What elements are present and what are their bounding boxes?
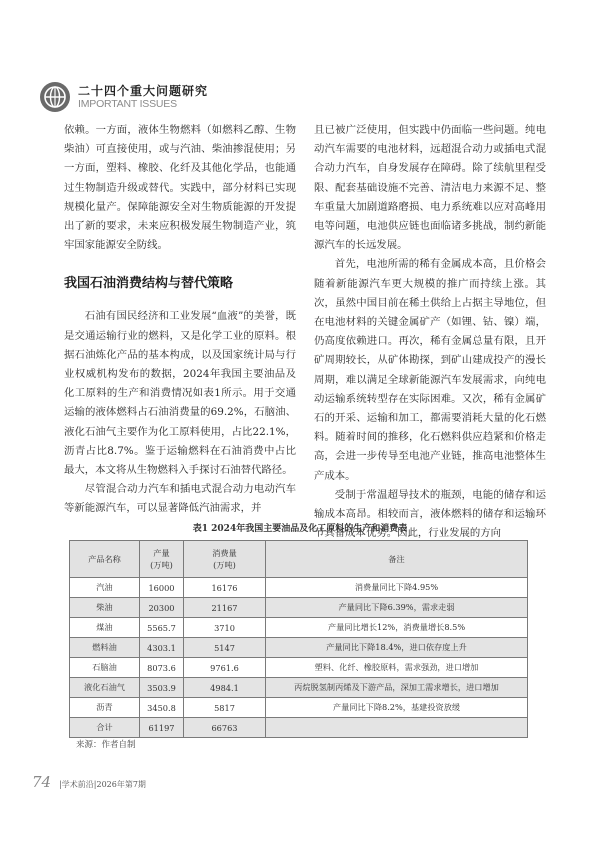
data-table: 产品名称 产量 (万吨) 消费量 (万吨) 备注 汽油 16000 16176 …: [69, 540, 528, 738]
cell-consumption: 16176: [184, 578, 266, 598]
header-line: (万吨): [184, 559, 265, 571]
paragraph: 石油有国民经济和工业发展“血液”的美誉，既是交通运输行业的燃料，又是化学工业的原…: [64, 307, 296, 480]
cell-consumption: 21167: [184, 598, 266, 618]
cell-consumption: 4984.1: [184, 678, 266, 698]
table-total-row: 合计 61197 66763: [70, 718, 528, 738]
cell-production: 16000: [140, 578, 184, 598]
cell-name: 石脑油: [70, 658, 140, 678]
cell-consumption: 66763: [184, 718, 266, 738]
table-row: 汽油 16000 16176 消费量同比下降4.95%: [70, 578, 528, 598]
cell-consumption: 5817: [184, 698, 266, 718]
cell-production: 61197: [140, 718, 184, 738]
cell-name: 合计: [70, 718, 140, 738]
cell-production: 5565.7: [140, 618, 184, 638]
cell-note: 丙烷脱氢制丙烯及下游产品，深加工需求增长，进口增加: [266, 678, 528, 698]
cell-production: 3503.9: [140, 678, 184, 698]
page-footer: 74 |学术前沿|2026年第7期: [32, 773, 146, 791]
paragraph: 依赖。一方面，液体生物燃料（如燃料乙醇、生物柴油）可直接使用，或与汽油、柴油掺混…: [64, 121, 296, 255]
col-header-note: 备注: [266, 541, 528, 578]
paragraph: 受制于常温超导技术的瓶颈，电能的储存和运输成本高昂。相较而言，液体燃料的储存和运…: [314, 486, 546, 544]
right-column: 且已被广泛使用，但实践中仍面临一些问题。纯电动汽车需要的电池材料，远超混合动力或…: [314, 121, 546, 543]
cell-note: 产量同比增长12%，消费量增长8.5%: [266, 618, 528, 638]
page-number: 74: [32, 773, 51, 791]
table-row: 煤油 5565.7 3710 产量同比增长12%，消费量增长8.5%: [70, 618, 528, 638]
cell-name: 液化石油气: [70, 678, 140, 698]
col-header-consumption: 消费量 (万吨): [184, 541, 266, 578]
table-row: 液化石油气 3503.9 4984.1 丙烷脱氢制丙烯及下游产品，深加工需求增长…: [70, 678, 528, 698]
header-line: (万吨): [140, 559, 183, 571]
table-row: 燃料油 4303.1 5147 产量同比下降18.4%，进口依存度上升: [70, 638, 528, 658]
cell-consumption: 9761.6: [184, 658, 266, 678]
col-header-production: 产量 (万吨): [140, 541, 184, 578]
cell-note: 产量同比下降8.2%，基建投资放缓: [266, 698, 528, 718]
cell-note: 塑料、化纤、橡胶原料，需求强劲，进口增加: [266, 658, 528, 678]
cell-production: 3450.8: [140, 698, 184, 718]
cell-name: 沥青: [70, 698, 140, 718]
globe-icon: [40, 82, 70, 112]
section-title-cn: 二十四个重大问题研究: [78, 84, 208, 98]
cell-consumption: 5147: [184, 638, 266, 658]
cell-note: 消费量同比下降4.95%: [266, 578, 528, 598]
journal-info: |学术前沿|2026年第7期: [59, 779, 146, 790]
cell-production: 4303.1: [140, 638, 184, 658]
cell-name: 柴油: [70, 598, 140, 618]
table-row: 沥青 3450.8 5817 产量同比下降8.2%，基建投资放缓: [70, 698, 528, 718]
header-line: 消费量: [184, 547, 265, 559]
cell-production: 20300: [140, 598, 184, 618]
table-source: 来源：作者自制: [76, 738, 136, 750]
header-line: 产量: [140, 547, 183, 559]
table-row: 柴油 20300 21167 产量同比下降6.39%，需求走弱: [70, 598, 528, 618]
cell-name: 汽油: [70, 578, 140, 598]
table-header-row: 产品名称 产量 (万吨) 消费量 (万吨) 备注: [70, 541, 528, 578]
paragraph: 首先，电池所需的稀有金属成本高，且价格会随着新能源汽车更大规模的推广而持续上涨。…: [314, 255, 546, 485]
left-column: 依赖。一方面，液体生物燃料（如燃料乙醇、生物柴油）可直接使用，或与汽油、柴油掺混…: [64, 121, 296, 519]
section-heading: 我国石油消费结构与替代策略: [64, 275, 296, 293]
section-title-en: IMPORTANT ISSUES: [78, 98, 208, 110]
cell-note: 产量同比下降6.39%，需求走弱: [266, 598, 528, 618]
cell-name: 煤油: [70, 618, 140, 638]
paragraph: 尽管混合动力汽车和插电式混合动力电动汽车等新能源汽车，可以显著降低汽油需求，并: [64, 480, 296, 518]
cell-note: [266, 718, 528, 738]
cell-consumption: 3710: [184, 618, 266, 638]
table-caption: 表1 2024年我国主要油品及化工原料的生产和消费表: [0, 521, 600, 534]
cell-note: 产量同比下降18.4%，进口依存度上升: [266, 638, 528, 658]
col-header-name: 产品名称: [70, 541, 140, 578]
cell-name: 燃料油: [70, 638, 140, 658]
table-row: 石脑油 8073.6 9761.6 塑料、化纤、橡胶原料，需求强劲，进口增加: [70, 658, 528, 678]
cell-production: 8073.6: [140, 658, 184, 678]
page-header: 二十四个重大问题研究 IMPORTANT ISSUES: [40, 80, 208, 114]
paragraph: 且已被广泛使用，但实践中仍面临一些问题。纯电动汽车需要的电池材料，远超混合动力或…: [314, 121, 546, 255]
